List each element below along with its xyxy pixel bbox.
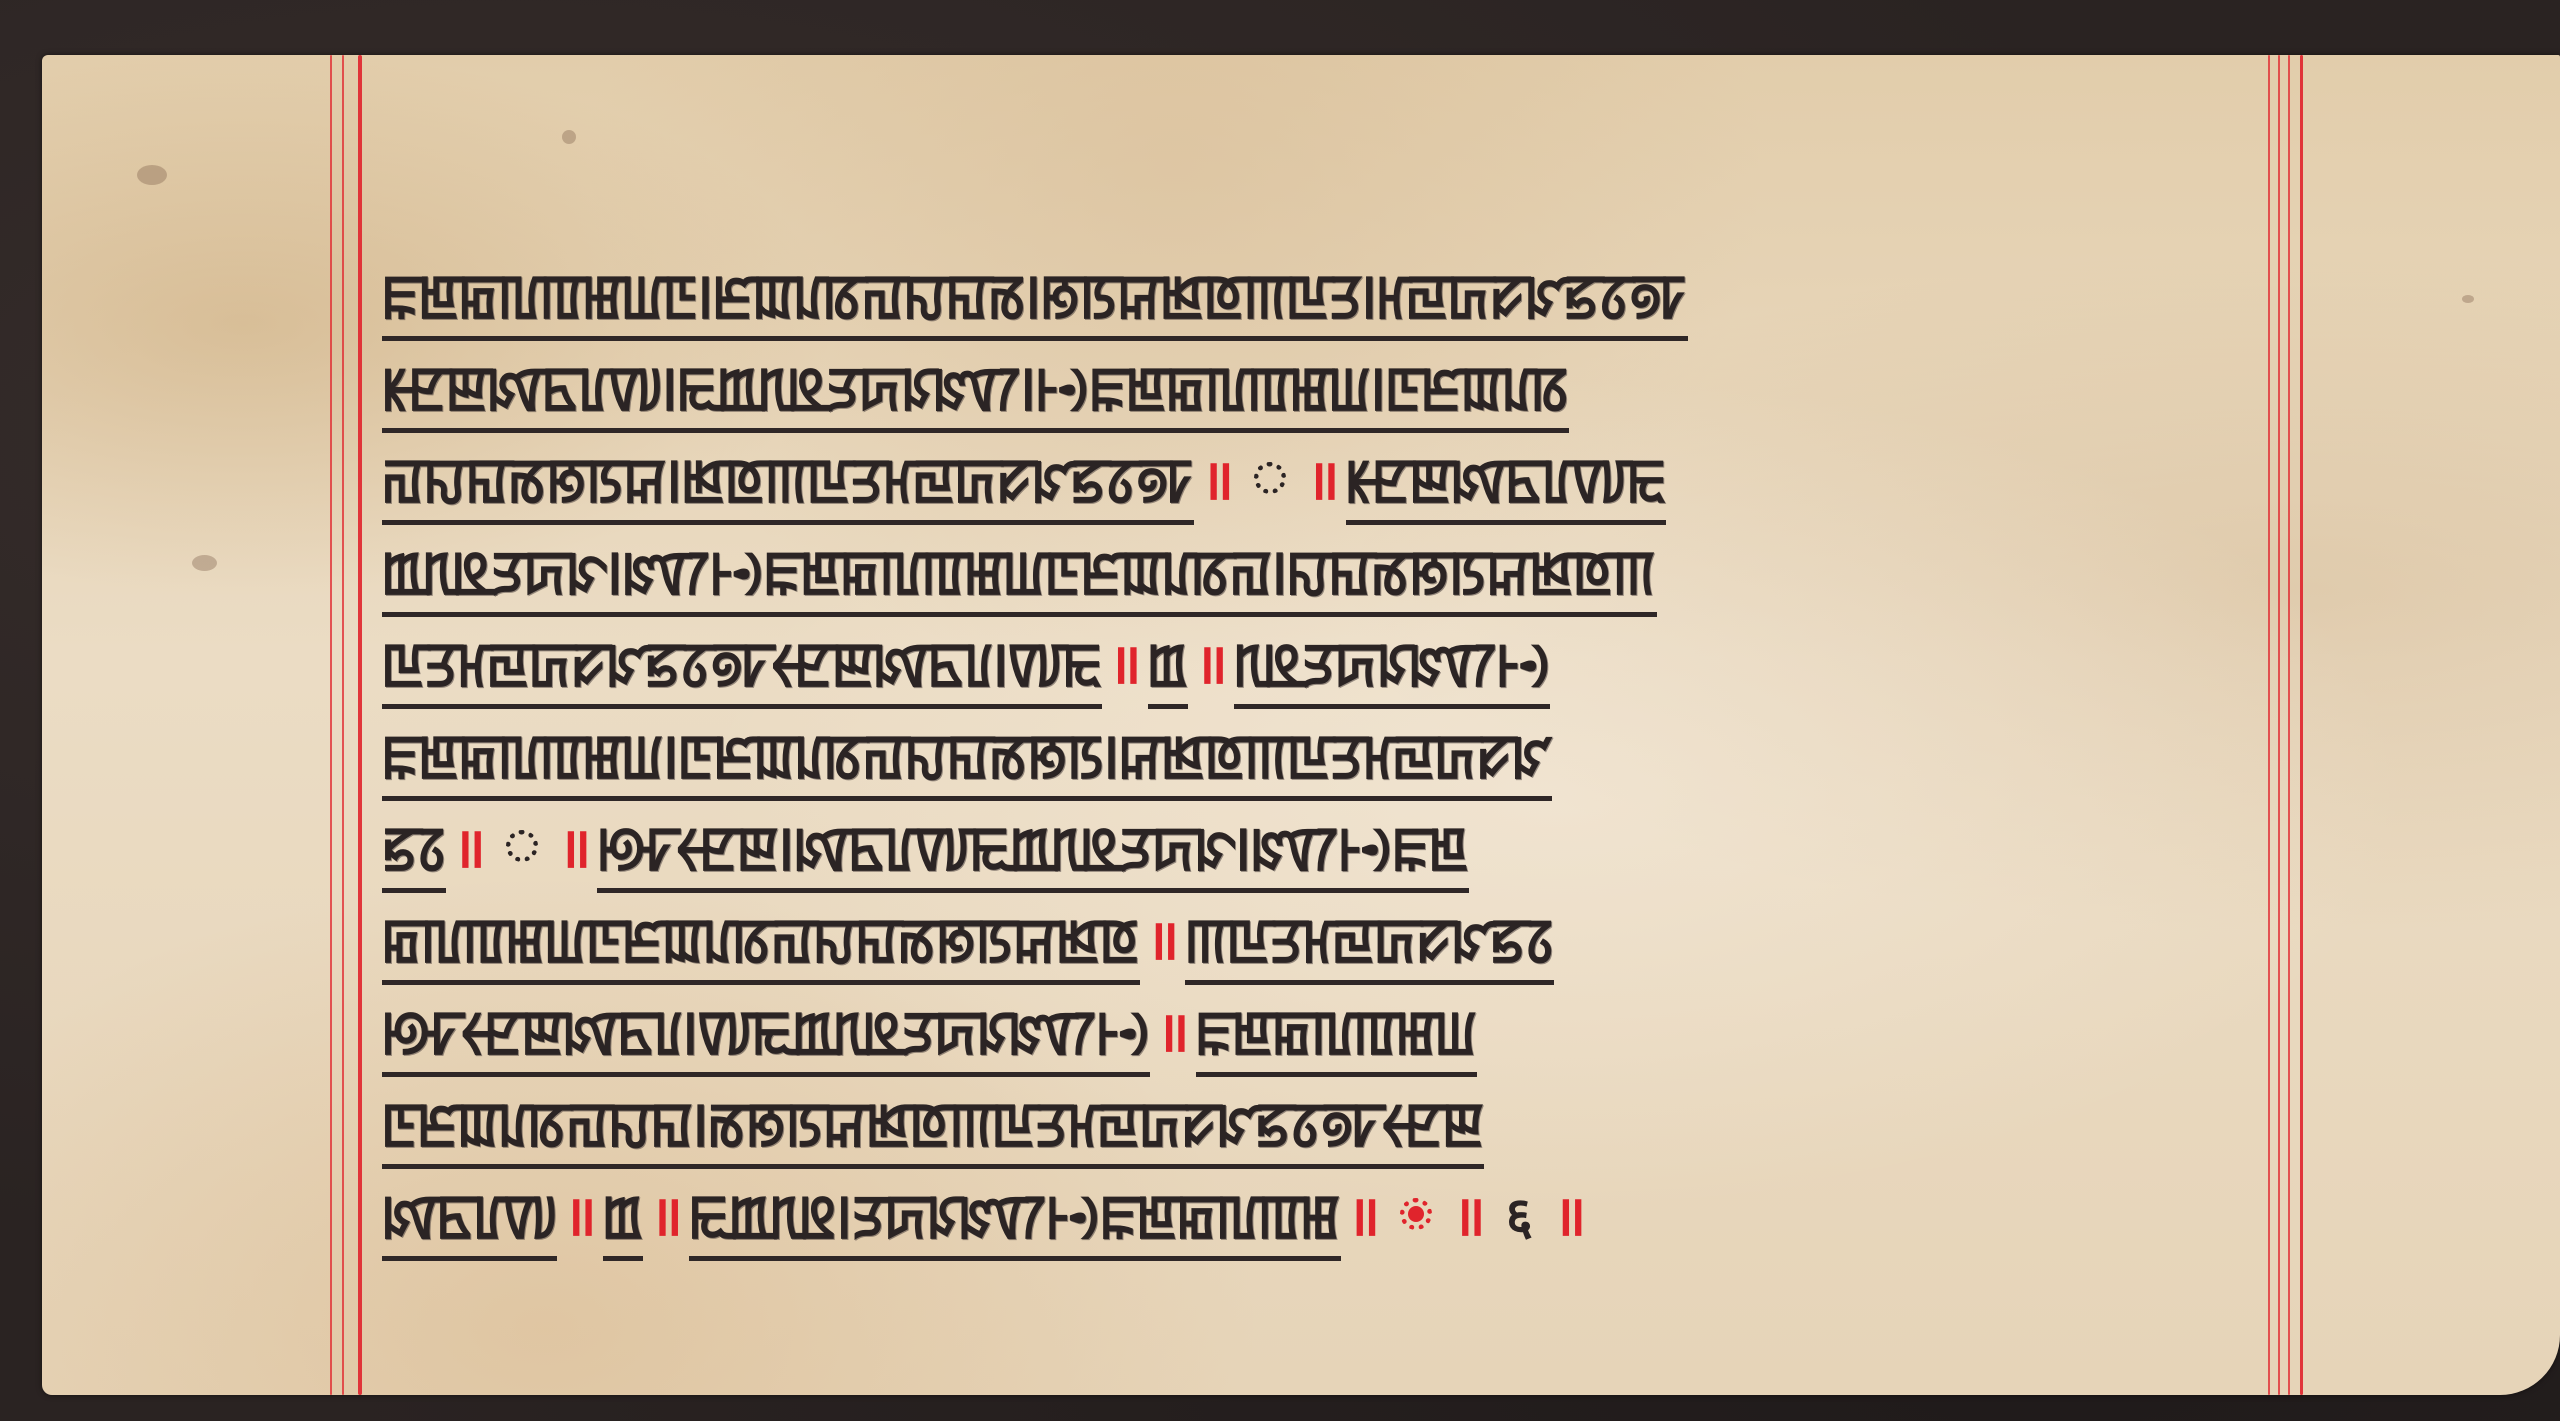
red-double-danda: ॥	[452, 814, 486, 884]
manuscript-line: ꡟꡠꡡꡢꡣꡤꡥꡦ꡶ꡧꡨꡩꡪꡫꡬꡭꡮꡯꡰꡱꡲꡳ॥ꡀꡁꡂꡃꡄꡅꡆ	[382, 998, 2262, 1090]
script-text: ꡖꡗꡘꡙꡚꡛꡜꡝꡞꡟꡠꡡꡢꡣꡤꡥꡦ꡶ꡧꡨꡩ	[382, 630, 1102, 709]
script-text: ꡀꡁꡂꡃꡄꡅꡆ	[1196, 998, 1478, 1077]
red-double-danda: ॥	[1306, 446, 1340, 516]
red-double-danda: ॥	[1347, 1182, 1381, 1252]
script-text: ꡤꡥꡦꡧꡨ	[382, 1182, 557, 1261]
script-text: ꡪ	[1148, 630, 1189, 709]
script-text: ꡡꡢꡣꡤꡥꡦꡧꡨꡩ	[1346, 446, 1667, 525]
script-text: ꡟꡠꡡꡢꡣꡤꡥꡦ꡶ꡧꡨꡩꡪꡫꡬꡭꡮꡯꡰꡱꡲꡳ	[382, 998, 1150, 1077]
script-text: ꡕꡖꡗꡘꡙꡚꡛꡜꡝꡞ	[1185, 906, 1554, 985]
paper-stain	[137, 165, 167, 185]
red-double-danda: ॥	[1452, 1182, 1486, 1252]
verse-numeral: ६	[1506, 1182, 1533, 1252]
script-text: ꡫꡬꡭꡮꡯꡰꡱꡲꡳ	[1234, 630, 1551, 709]
script-text: ꡝꡞ	[382, 814, 446, 893]
red-double-danda: ॥	[563, 1182, 597, 1252]
left-margin-rule	[330, 55, 332, 1395]
red-double-danda: ॥	[1108, 630, 1142, 700]
paper-stain	[2462, 295, 2474, 303]
script-text: ꡟꡠꡡꡢꡣ꡶ꡤꡥꡦꡧꡨꡩꡪꡫꡬꡭꡮꡯ꡶ꡰꡱꡲꡳꡀꡁ	[597, 814, 1469, 893]
flower-ornament-icon	[500, 824, 544, 868]
script-text: ꡪ	[603, 1182, 644, 1261]
script-text: ꡌꡍꡎꡏꡐꡑꡒ꡶ꡓꡔꡕꡖꡗꡘꡙꡚꡛꡜꡝꡞꡟꡠ	[382, 446, 1194, 525]
red-double-danda: ॥	[558, 814, 592, 884]
manuscript-line: ꡖꡗꡘꡙꡚꡛꡜꡝꡞꡟꡠꡡꡢꡣꡤꡥꡦ꡶ꡧꡨꡩ॥ꡪ॥ꡫꡬꡭꡮꡯꡰꡱꡲꡳ	[382, 630, 2262, 722]
manuscript-line: ꡤꡥꡦꡧꡨ॥ꡪ॥ꡩꡪꡫꡬ꡶ꡭꡮꡯꡰꡱꡲꡳꡀꡁꡂꡃꡄꡅ॥॥६॥	[382, 1182, 2262, 1274]
manuscript-line: ꡝꡞ॥॥ꡟꡠꡡꡢꡣ꡶ꡤꡥꡦꡧꡨꡩꡪꡫꡬꡭꡮꡯ꡶ꡰꡱꡲꡳꡀꡁ	[382, 814, 2262, 906]
red-double-danda: ॥	[1200, 446, 1234, 516]
manuscript-line: ꡌꡍꡎꡏꡐꡑꡒ꡶ꡓꡔꡕꡖꡗꡘꡙꡚꡛꡜꡝꡞꡟꡠ॥॥ꡡꡢꡣꡤꡥꡦꡧꡨꡩ	[382, 446, 2262, 538]
script-text: ꡀꡁꡂꡃꡄꡅꡆꡇ꡶ꡈꡉꡊꡋꡌꡍꡎꡏ꡶ꡐꡑꡒꡓꡔꡕꡖꡗ꡶ꡘꡙꡚꡛꡜꡝꡞꡟꡠ	[382, 262, 1688, 341]
script-text: ꡂꡃꡄꡅꡆꡇꡈꡉꡊꡋꡌꡍꡎꡏꡐꡑꡒꡓꡔ	[382, 906, 1140, 985]
script-text: ꡩꡪꡫꡬ꡶ꡭꡮꡯꡰꡱꡲꡳꡀꡁꡂꡃꡄꡅ	[689, 1182, 1341, 1261]
flower-ornament-icon	[1248, 456, 1292, 500]
right-margin-rule	[2268, 55, 2270, 1395]
manuscript-line: ꡡꡢꡣꡤꡥꡦꡧꡨ꡶ꡩꡪꡫꡬꡭꡮꡯꡰꡱ꡶ꡲꡳꡀꡁꡂꡃꡄꡅꡆ꡶ꡇꡈꡉꡊꡋ	[382, 354, 2262, 446]
red-double-danda: ॥	[1553, 1182, 1587, 1252]
paper-stain	[562, 130, 576, 144]
red-double-danda: ॥	[1156, 998, 1190, 1068]
right-margin-rule	[2300, 55, 2303, 1395]
script-text: ꡪꡫꡬꡭꡮꡯ꡶ꡰꡱꡲꡳꡀꡁꡂꡃꡄꡅꡆꡇꡈꡉꡊꡋꡌ꡶ꡍꡎꡏꡐꡑꡒꡓꡔꡕ	[382, 538, 1657, 617]
red-double-danda: ॥	[649, 1182, 683, 1252]
script-text: ꡡꡢꡣꡤꡥꡦꡧꡨ꡶ꡩꡪꡫꡬꡭꡮꡯꡰꡱ꡶ꡲꡳꡀꡁꡂꡃꡄꡅꡆ꡶ꡇꡈꡉꡊꡋ	[382, 354, 1569, 433]
paper-stain	[192, 555, 217, 571]
script-text: ꡀꡁꡂꡃꡄꡅꡆ꡶ꡇꡈꡉꡊꡋꡌꡍꡎꡏꡐꡑ꡶ꡒꡓꡔꡕꡖꡗꡘꡙꡚꡛꡜ	[382, 722, 1552, 801]
right-margin-rule	[2278, 55, 2280, 1395]
manuscript-line: ꡪꡫꡬꡭꡮꡯ꡶ꡰꡱꡲꡳꡀꡁꡂꡃꡄꡅꡆꡇꡈꡉꡊꡋꡌ꡶ꡍꡎꡏꡐꡑꡒꡓꡔꡕ	[382, 538, 2262, 630]
right-margin-rule	[2288, 55, 2290, 1395]
script-text: ꡇꡈꡉꡊꡋꡌꡍꡎ꡶ꡏꡐꡑꡒꡓꡔꡕꡖꡗꡘꡙꡚꡛꡜꡝꡞꡟꡠꡡꡢꡣ	[382, 1090, 1484, 1169]
manuscript-line: ꡇꡈꡉꡊꡋꡌꡍꡎ꡶ꡏꡐꡑꡒꡓꡔꡕꡖꡗꡘꡙꡚꡛꡜꡝꡞꡟꡠꡡꡢꡣ	[382, 1090, 2262, 1182]
left-margin-rule	[358, 55, 362, 1395]
manuscript-text-block: ꡀꡁꡂꡃꡄꡅꡆꡇ꡶ꡈꡉꡊꡋꡌꡍꡎꡏ꡶ꡐꡑꡒꡓꡔꡕꡖꡗ꡶ꡘꡙꡚꡛꡜꡝꡞꡟꡠꡡꡢꡣꡤ…	[382, 262, 2262, 1274]
red-double-danda: ॥	[1194, 630, 1228, 700]
red-double-danda: ॥	[1146, 906, 1180, 976]
left-margin-rule	[342, 55, 344, 1395]
manuscript-line: ꡀꡁꡂꡃꡄꡅꡆꡇ꡶ꡈꡉꡊꡋꡌꡍꡎꡏ꡶ꡐꡑꡒꡓꡔꡕꡖꡗ꡶ꡘꡙꡚꡛꡜꡝꡞꡟꡠ	[382, 262, 2262, 354]
flower-ornament-icon	[1394, 1192, 1438, 1236]
manuscript-line: ꡂꡃꡄꡅꡆꡇꡈꡉꡊꡋꡌꡍꡎꡏꡐꡑꡒꡓꡔ॥ꡕꡖꡗꡘꡙꡚꡛꡜꡝꡞ	[382, 906, 2262, 998]
manuscript-line: ꡀꡁꡂꡃꡄꡅꡆ꡶ꡇꡈꡉꡊꡋꡌꡍꡎꡏꡐꡑ꡶ꡒꡓꡔꡕꡖꡗꡘꡙꡚꡛꡜ	[382, 722, 2262, 814]
